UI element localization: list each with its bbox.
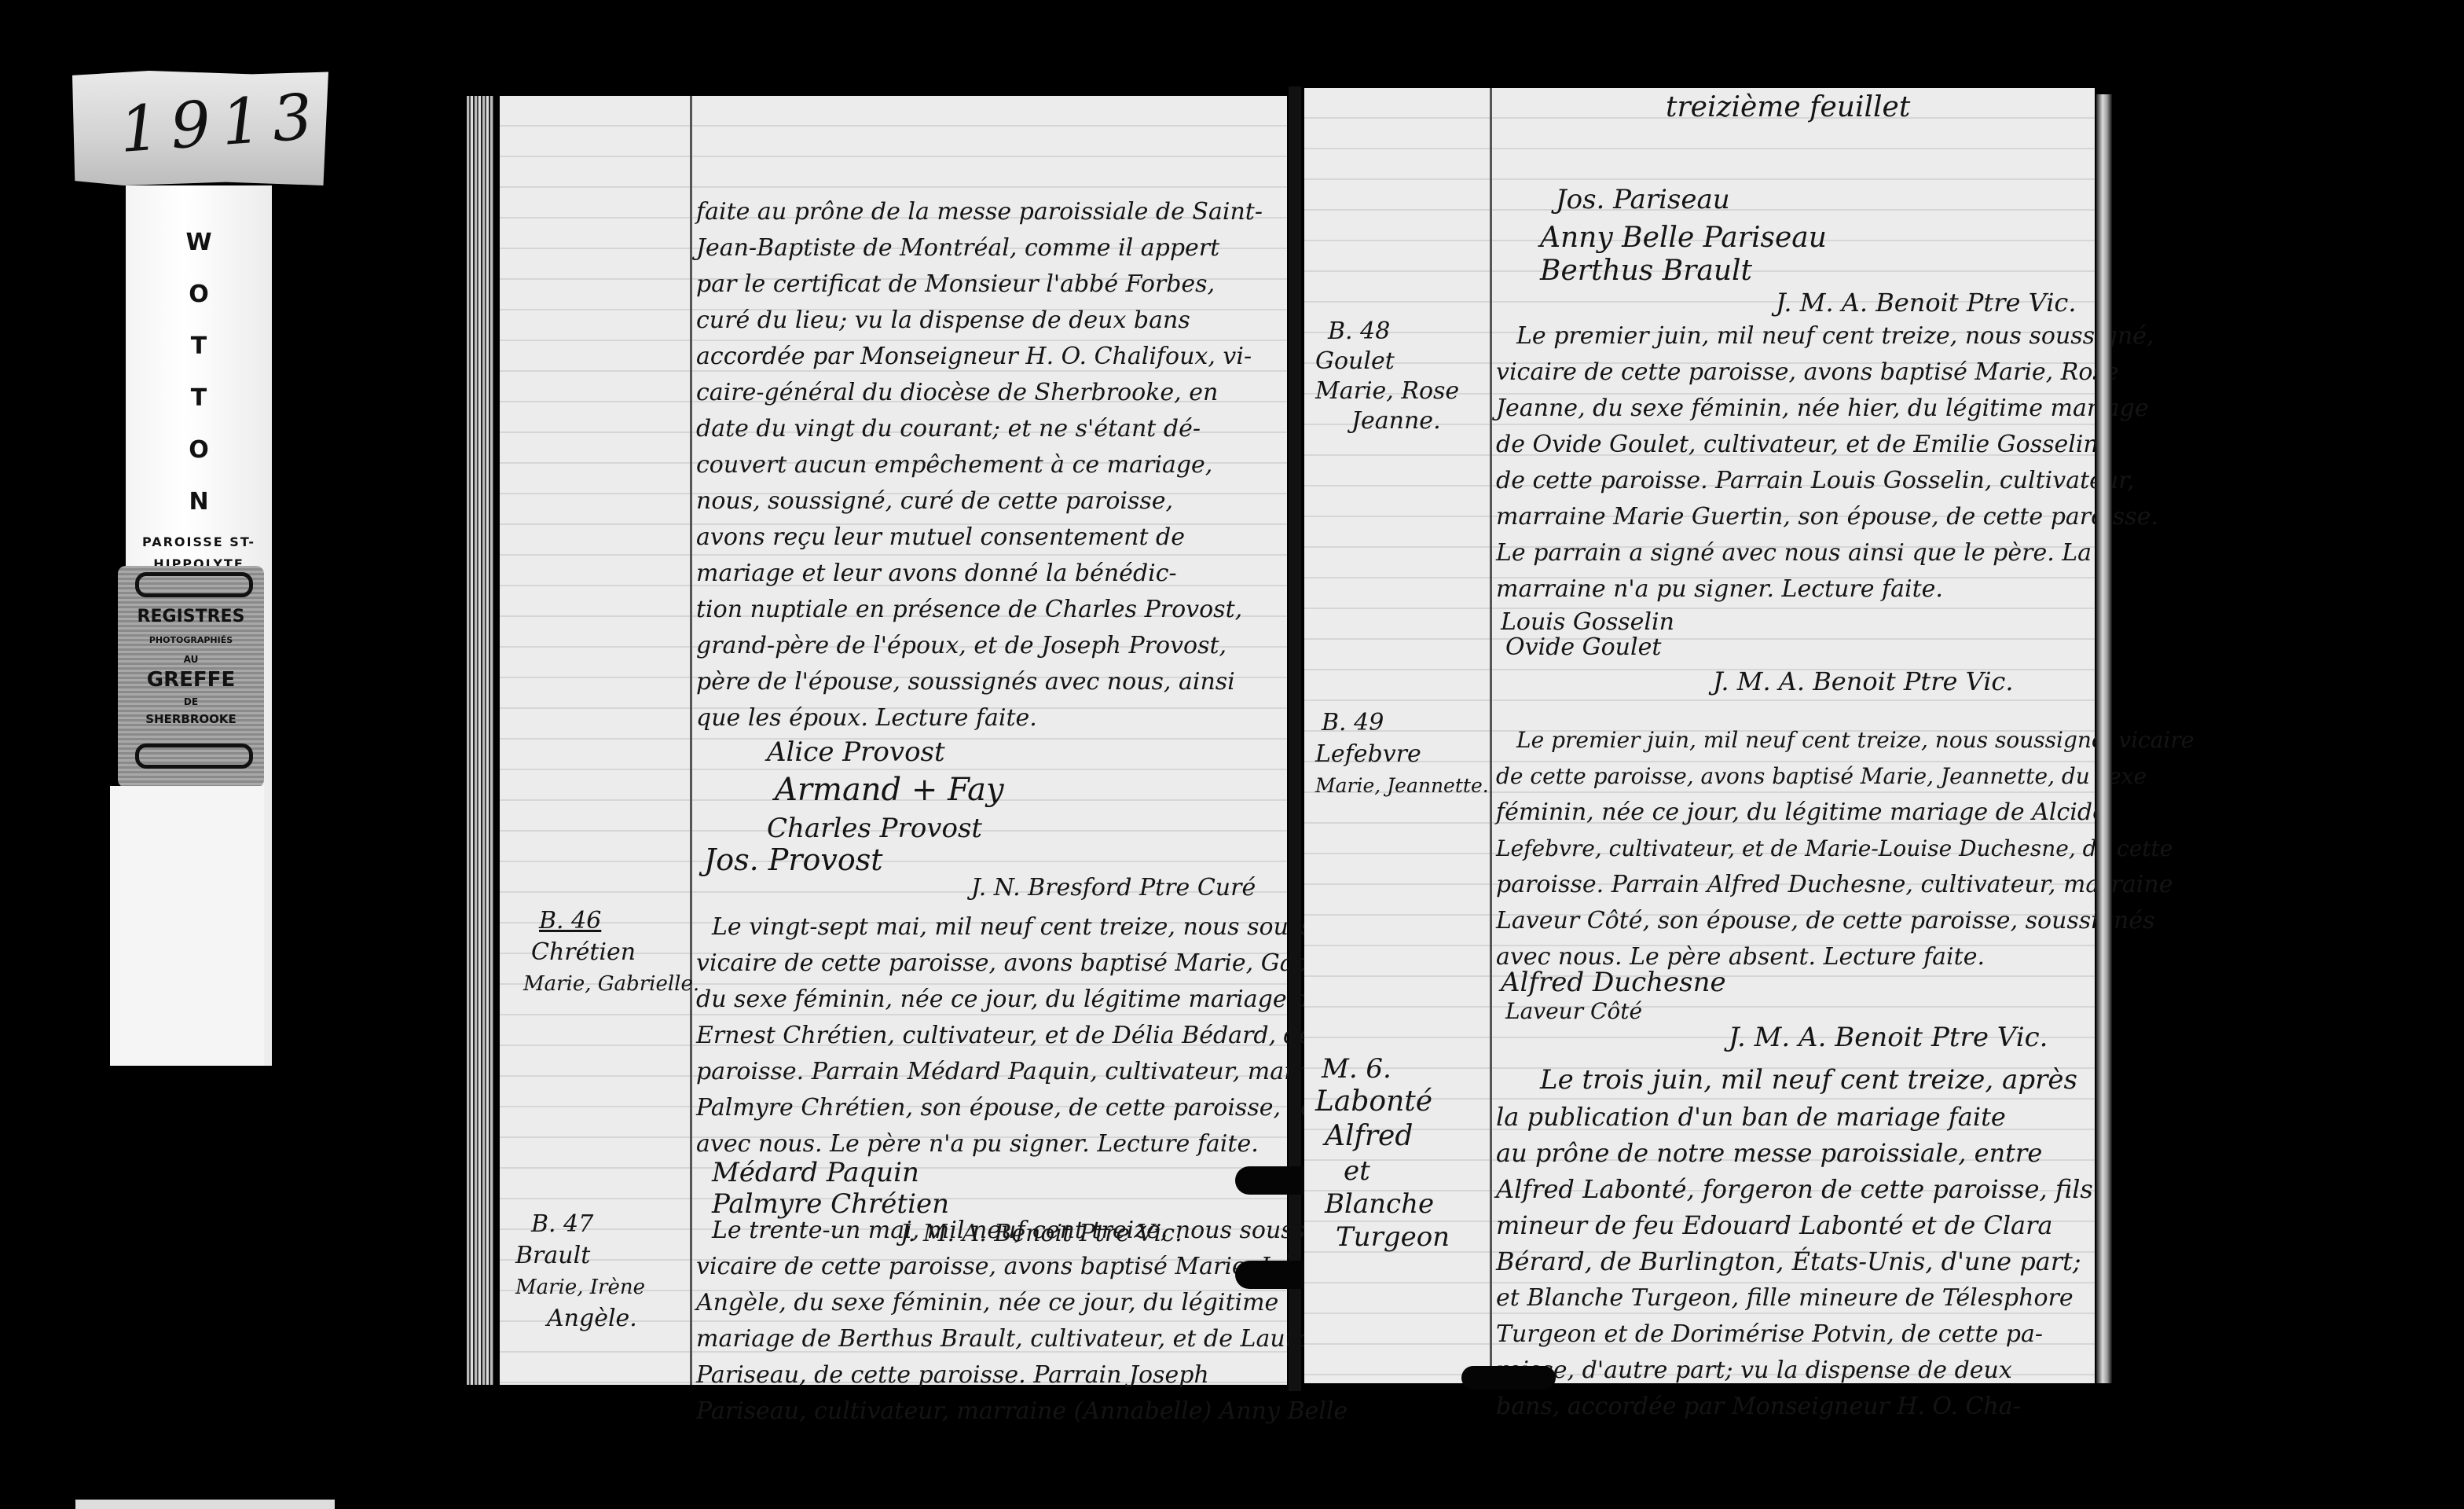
record-line: Le parrain a signé avec nous ainsi que l… bbox=[1496, 538, 2092, 568]
signature: Louis Gosselin bbox=[1501, 608, 1674, 636]
stamp-line: SHERBROOKE bbox=[118, 712, 264, 726]
margin-rule bbox=[690, 96, 692, 1385]
stamp-line: GREFFE bbox=[118, 668, 264, 692]
record-line: avec nous. Le père n'a pu signer. Lectur… bbox=[696, 1129, 1259, 1159]
entry-number: B. 48 bbox=[1328, 316, 1390, 347]
record-line: Pariseau, de cette paroisse. Parrain Jos… bbox=[696, 1360, 1209, 1390]
record-line: de Ovide Goulet, cultivateur, et de Emil… bbox=[1496, 429, 2106, 460]
folio-header: treizième feuillet bbox=[1666, 91, 1910, 123]
record-line: caire-général du diocèse de Sherbrooke, … bbox=[696, 377, 1218, 408]
stamp-line: DE bbox=[118, 696, 264, 707]
margin-given-names: Jeanne. bbox=[1351, 406, 1441, 437]
record-line: Le vingt-sept mai, mil neuf cent treize,… bbox=[712, 912, 1372, 942]
record-line: tion nuptiale en présence de Charles Pro… bbox=[696, 594, 1242, 625]
record-line: du sexe féminin, née ce jour, du légitim… bbox=[696, 984, 1323, 1015]
record-line: Turgeon et de Dorimérise Potvin, de cett… bbox=[1496, 1319, 2043, 1349]
record-line: père de l'épouse, soussignés avec nous, … bbox=[696, 666, 1235, 697]
record-line: au prône de notre messe paroissiale, ent… bbox=[1496, 1138, 2042, 1169]
margin-surname: Brault bbox=[515, 1240, 590, 1272]
town-letter: N bbox=[126, 476, 272, 528]
record-line: Lefebvre, cultivateur, et de Marie-Louis… bbox=[1496, 833, 2172, 864]
registry-stamp: REGISTRES PHOTOGRAPHIÉS AU GREFFE DE SHE… bbox=[118, 566, 264, 788]
margin-bride-surname: Turgeon bbox=[1336, 1221, 1450, 1253]
margin-surname: Lefebvre bbox=[1315, 739, 1421, 770]
signature: Alice Provost bbox=[767, 736, 945, 768]
record-line: roisse, d'autre part; vu la dispense de … bbox=[1496, 1355, 2012, 1386]
entry-number: B. 46 bbox=[539, 905, 601, 937]
record-line: avons reçu leur mutuel consentement de bbox=[696, 522, 1185, 553]
record-line: et Blanche Turgeon, fille mineure de Tél… bbox=[1496, 1283, 2073, 1313]
margin-surname: Goulet bbox=[1315, 346, 1395, 377]
margin-surname: Labonté bbox=[1315, 1086, 1432, 1118]
record-line: date du vingt du courant; et ne s'étant … bbox=[696, 413, 1201, 444]
signature: Charles Provost bbox=[767, 813, 982, 844]
margin-bride: Blanche bbox=[1325, 1188, 1434, 1220]
record-line: paroisse. Parrain Alfred Duchesne, culti… bbox=[1496, 869, 2172, 900]
record-line: Angèle, du sexe féminin, née ce jour, du… bbox=[696, 1287, 1278, 1318]
priest-signature: J. M. A. Benoit Ptre Vic. bbox=[1729, 1022, 2048, 1053]
record-line: Le premier juin, mil neuf cent treize, n… bbox=[1516, 725, 2194, 755]
left-page: faite au prône de la messe paroissiale d… bbox=[500, 96, 1287, 1385]
entry-number: B. 49 bbox=[1322, 707, 1384, 739]
town-letter: O bbox=[126, 269, 272, 321]
record-line: Le trois juin, mil neuf cent treize, apr… bbox=[1540, 1063, 2077, 1097]
entry-number: M. 6. bbox=[1322, 1053, 1391, 1085]
record-line: mariage et leur avons donné la bénédic- bbox=[696, 558, 1177, 589]
next-frame-edge bbox=[75, 1500, 335, 1509]
paper-clip-icon bbox=[135, 743, 253, 769]
town-letter: W bbox=[126, 217, 272, 269]
priest-signature: J. M. A. Benoit Ptre Vic. bbox=[1713, 666, 2014, 696]
parish-line-1: PAROISSE ST- bbox=[126, 534, 272, 549]
record-line: vicaire de cette paroisse, avons baptisé… bbox=[1496, 357, 2119, 387]
paper-clip-icon bbox=[135, 572, 253, 597]
record-line: Laveur Côté, son épouse, de cette parois… bbox=[1496, 905, 2154, 936]
signature: Jos. Provost bbox=[704, 843, 883, 877]
record-line: Le premier juin, mil neuf cent treize, n… bbox=[1516, 321, 2154, 351]
page-stack-edge bbox=[467, 96, 493, 1385]
record-line: curé du lieu; vu la dispense de deux ban… bbox=[696, 305, 1190, 336]
signature: Berthus Brault bbox=[1540, 255, 1752, 287]
record-line: mineur de feu Edouard Labonté et de Clar… bbox=[1496, 1210, 2053, 1241]
priest-signature: J. M. A. Benoit Ptre Vic. bbox=[1776, 288, 2077, 318]
margin-given-names: Marie, Gabrielle. bbox=[523, 968, 699, 1000]
margin-surname: Chrétien bbox=[531, 937, 636, 968]
record-line: bans, accordée par Monseigneur H. O. Cha… bbox=[1496, 1391, 2021, 1422]
record-line: faite au prône de la messe paroissiale d… bbox=[696, 196, 1263, 227]
record-line: mariage de Berthus Brault, cultivateur, … bbox=[696, 1324, 1311, 1354]
signature: Jos. Pariseau bbox=[1556, 184, 1730, 215]
signature: Laveur Côté bbox=[1505, 998, 1642, 1024]
record-line: Alfred Labonté, forgeron de cette parois… bbox=[1496, 1174, 2093, 1205]
record-line: de cette paroisse, avons baptisé Marie, … bbox=[1496, 761, 2147, 791]
record-line: Le trente-un mai, mil neuf cent treize, … bbox=[712, 1215, 1364, 1246]
margin-conjunction: et bbox=[1344, 1155, 1370, 1187]
record-line: par le certificat de Monsieur l'abbé For… bbox=[696, 269, 1215, 299]
stamp-line: REGISTRES bbox=[118, 607, 264, 626]
record-line: accordée par Monseigneur H. O. Chalifoux… bbox=[696, 341, 1252, 372]
signature: Ovide Goulet bbox=[1505, 633, 1661, 661]
record-line: Jeanne, du sexe féminin, née hier, du lé… bbox=[1496, 393, 2149, 424]
record-line: Bérard, de Burlington, États-Unis, d'une… bbox=[1496, 1246, 2081, 1277]
signature: Armand + Fay bbox=[775, 772, 1004, 808]
year-label: 1913 bbox=[117, 79, 325, 167]
year-tag: 1913 bbox=[72, 71, 328, 185]
town-name-vertical: W O T T O N bbox=[126, 217, 272, 528]
record-line: marraine Marie Guertin, son épouse, de c… bbox=[1496, 501, 2158, 532]
town-letter: O bbox=[126, 424, 272, 476]
record-line: paroisse. Parrain Médard Paquin, cultiva… bbox=[696, 1056, 1357, 1087]
record-line: féminin, née ce jour, du légitime mariag… bbox=[1496, 797, 2106, 828]
margin-given-names: Marie, Irène bbox=[515, 1272, 645, 1303]
record-line: marraine n'a pu signer. Lecture faite. bbox=[1496, 574, 1943, 604]
record-line: que les époux. Lecture faite. bbox=[696, 703, 1037, 733]
record-line: Jean-Baptiste de Montréal, comme il appe… bbox=[696, 233, 1219, 263]
record-line: Ernest Chrétien, cultivateur, et de Déli… bbox=[696, 1020, 1380, 1051]
record-line: la publication d'un ban de mariage faite bbox=[1496, 1102, 2006, 1133]
record-line: couvert aucun empêchement à ce mariage, bbox=[696, 450, 1212, 480]
town-letter: T bbox=[126, 373, 272, 424]
record-line: Pariseau, cultivateur, marraine (Annabel… bbox=[696, 1396, 1347, 1426]
town-letter: T bbox=[126, 321, 272, 373]
record-line: nous, soussigné, curé de cette paroisse, bbox=[696, 486, 1173, 516]
book-spine bbox=[1289, 86, 1301, 1391]
signature: Anny Belle Pariseau bbox=[1540, 222, 1827, 254]
record-line: vicaire de cette paroisse, avons baptisé… bbox=[696, 948, 1378, 978]
stamp-line: AU bbox=[118, 654, 264, 665]
binding-clip bbox=[1461, 1366, 1556, 1390]
margin-given-names: Angèle. bbox=[547, 1303, 637, 1335]
stamp-line: PHOTOGRAPHIÉS bbox=[118, 635, 264, 645]
right-page: treizième feuillet Jos. Pariseau Anny Be… bbox=[1304, 88, 2095, 1383]
entry-number: B. 47 bbox=[531, 1209, 593, 1240]
record-line: de cette paroisse. Parrain Louis Gosseli… bbox=[1496, 465, 2135, 496]
signature: Alfred Duchesne bbox=[1501, 967, 1726, 998]
page-stack-edge bbox=[2096, 94, 2112, 1383]
margin-groom: Alfred bbox=[1325, 1121, 1413, 1152]
priest-signature: J. N. Bresford Ptre Curé bbox=[971, 874, 1256, 901]
margin-given-names: Marie, Jeannette. bbox=[1315, 770, 1489, 802]
record-line: grand-père de l'époux, et de Joseph Prov… bbox=[696, 630, 1226, 661]
margin-given-names: Marie, Rose bbox=[1315, 376, 1459, 407]
signature: Médard Paquin bbox=[712, 1157, 919, 1188]
margin-rule bbox=[1490, 88, 1492, 1383]
label-strip-lower bbox=[110, 786, 264, 1066]
